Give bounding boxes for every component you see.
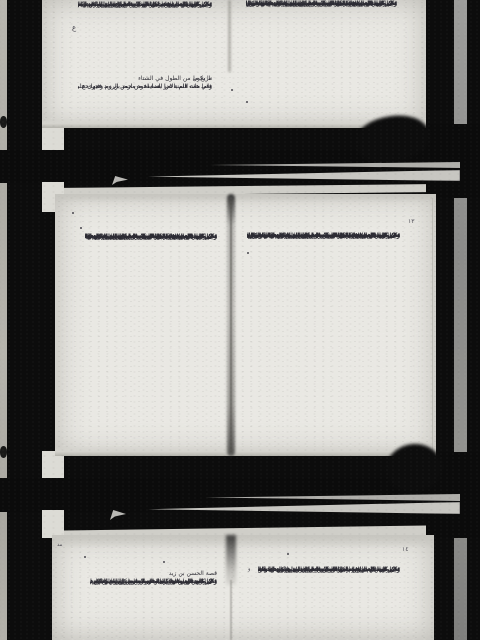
page-bottom-edge [55,446,436,456]
ink-speck [84,556,86,558]
section-heading-row: قصة الحسن بن زيد [90,569,217,578]
gutter-line-middle-frame [230,200,232,452]
manuscript-line: فلما كان في سنة خمسين ومايتين خرج الحسن … [90,578,217,586]
manuscript-text-block-top-left: وذكر ابن جرير في تاريخه ان الحسن بن زيد … [78,1,212,75]
ink-speck [163,561,165,563]
catchword-mark: و [248,566,250,572]
ink-speck [72,212,74,214]
folio-number-13: ١٣ [408,218,414,225]
microfilm-strip: وذكر ابن جرير في تاريخه ان الحسن بن زيد … [0,0,480,640]
manuscript-line: فلما كان في سنة خمسين ومايتين خرج الحسن … [85,233,217,241]
ink-speck [247,252,249,254]
ink-speck [246,101,248,103]
ink-speck [287,553,289,555]
manuscript-line: وفي هذه السنة غزا الصايفة من ارض الروم و… [78,83,212,91]
manuscript-line: وفي هذه السنة غزا الصايفة من ارض الروم و… [258,566,400,574]
gutter-shadow-top-frame [228,0,231,72]
manuscript-text-block-top-right: وذكر ان سليمان بن عبد الله كان عاملا على… [246,0,397,98]
gutter-line-bottom-frame [230,580,232,640]
folio-number-14: ١٤ [402,546,408,553]
margin-gloss-mark: ع [72,24,76,32]
page-top-edge [52,535,434,548]
manuscript-line: وكان الحسن بن زيد رجلا فاضلا شجاعا سخيا … [78,1,212,9]
manuscript-text-block-top-left-after-divider: فلما مات قام بالامر بعده اخوه محمد بن زي… [78,83,212,100]
ink-speck [80,227,82,229]
page-fore-edge-line [432,198,433,452]
section-divider-row: تاريخ ما ما يكون من الطول في الشتاء [78,74,212,83]
film-edge-notch [0,446,7,458]
manuscript-text-block-bottom-right: فلما كان في سنة خمسين ومايتين خرج الحسن … [258,566,400,640]
film-edge-notch [0,116,7,128]
film-edge-strip-left [0,0,7,640]
margin-gloss-mark: مد [57,542,62,548]
manuscript-line: قال ابو جعفر وفيها كان مسير يعقوب بن الل… [299,232,400,240]
film-edge-strip-right [454,0,467,640]
manuscript-text-block-bottom-left: وذكر بعض اهل العلم ان هذه الوقايع كانت ف… [90,578,217,640]
manuscript-text-block-middle-left: وفي هذه السنة وثب اهل الري بعاملهم واخرج… [85,233,217,414]
manuscript-line: فلما كان في سنة خمسين ومايتين خرج الحسن … [297,0,397,8]
manuscript-text-block-middle-right: قال وكان السبب في ذلك ان محمد بن اوس الب… [247,232,400,421]
page-top-edge [55,194,436,203]
sprocket-tab [42,510,64,538]
ink-speck [231,89,233,91]
gutter-shadow-bottom-frame [226,535,236,585]
divider-left-text: ما يكون من الطول في الشتاء [138,75,212,82]
heading-text: قصة الحسن بن زيد [169,570,217,577]
